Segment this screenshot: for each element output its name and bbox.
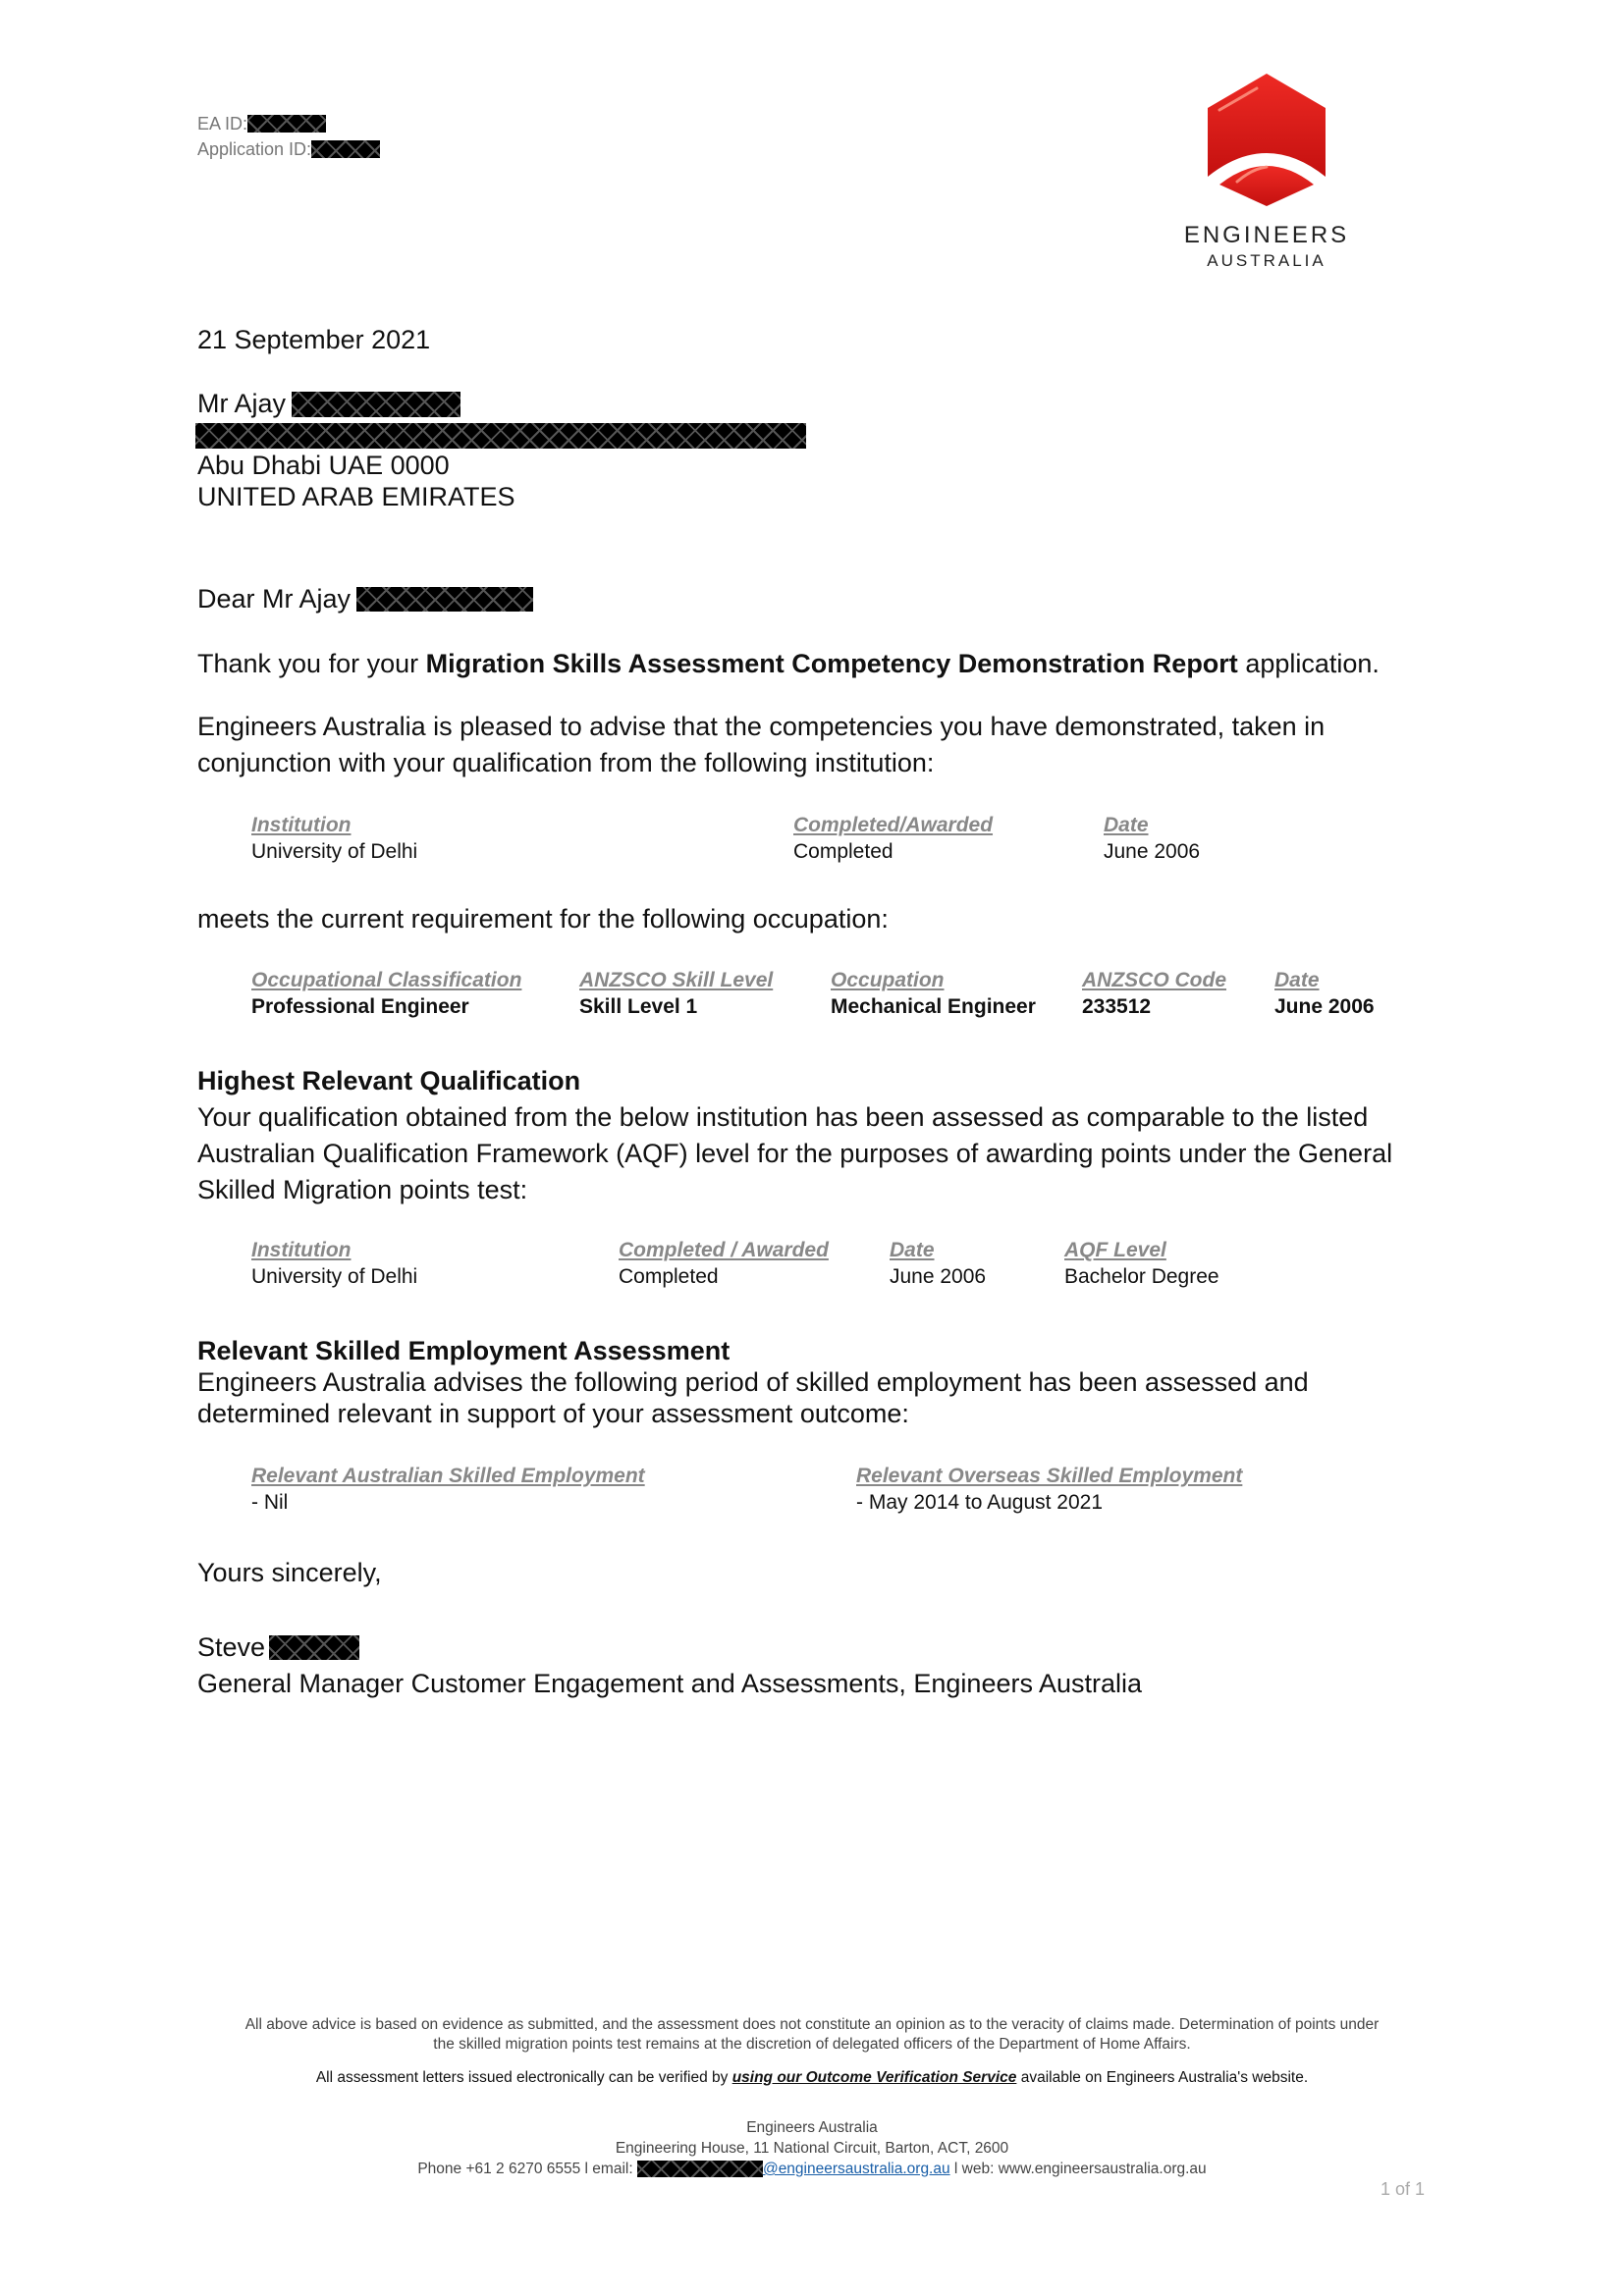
competency-line-1: Engineers Australia is pleased to advise… [197, 709, 1325, 745]
cell-qual-completed: Completed [619, 1263, 829, 1290]
header-occupation: Occupation [831, 967, 1036, 993]
qualification-title: Highest Relevant Qualification [197, 1063, 1392, 1099]
cell-date: June 2006 [1104, 838, 1200, 865]
cell-occupation: Mechanical Engineer [831, 993, 1036, 1020]
footer-address: Engineering House, 11 National Circuit, … [0, 2138, 1624, 2159]
qualification-line-3: Skilled Migration points test: [197, 1172, 1392, 1208]
institution-table: Institution University of Delhi Complete… [251, 812, 1430, 871]
disclaimer-line-2: the skilled migration points test remain… [0, 2035, 1624, 2055]
cell-occupational-classification: Professional Engineer [251, 993, 521, 1020]
qualification-section: Highest Relevant Qualification Your qual… [197, 1063, 1392, 1208]
signatory-title: General Manager Customer Engagement and … [197, 1666, 1142, 1702]
intro-post: application. [1238, 649, 1380, 678]
verify-pre: All assessment letters issued electronic… [316, 2069, 732, 2086]
cell-occupation-date: June 2006 [1274, 993, 1375, 1020]
recipient-country: UNITED ARAB EMIRATES [197, 481, 806, 512]
header-institution: Institution [251, 812, 417, 838]
verification-note: All assessment letters issued electronic… [0, 2068, 1624, 2088]
hexagon-logo-icon [1198, 69, 1335, 211]
logo-text-engineers: ENGINEERS [1168, 222, 1365, 249]
header-qual-institution: Institution [251, 1237, 417, 1263]
id-block: EA ID: Application ID: [197, 111, 380, 162]
outcome-verification-link[interactable]: using our Outcome Verification Service [732, 2069, 1017, 2086]
redacted-email-user [637, 2161, 763, 2177]
competency-line-2: conjunction with your qualification from… [197, 745, 1325, 781]
header-qual-date: Date [890, 1237, 986, 1263]
occupation-table: Occupational Classification Professional… [251, 967, 1430, 1026]
header-aqf-level: AQF Level [1064, 1237, 1219, 1263]
recipient-block: Mr Ajay Abu Dhabi UAE 0000 UNITED ARAB E… [197, 386, 806, 512]
header-occupation-date: Date [1274, 967, 1375, 993]
engineers-australia-logo: ENGINEERS AUSTRALIA [1168, 69, 1365, 271]
cell-qual-date: June 2006 [890, 1263, 986, 1290]
footer-org-name: Engineers Australia [0, 2117, 1624, 2138]
disclaimer-line-1: All above advice is based on evidence as… [0, 2015, 1624, 2035]
occupation-intro: meets the current requirement for the fo… [197, 901, 889, 937]
page-indicator: 1 of 1 [1380, 2179, 1425, 2200]
redacted-salutation-surname [356, 587, 533, 612]
redacted-address-line [195, 423, 806, 449]
recipient-name: Mr Ajay [197, 386, 286, 422]
intro-pre: Thank you for your [197, 649, 426, 678]
application-id-label: Application ID: [197, 136, 311, 162]
footer-phone: Phone +61 2 6270 6555 l email: [417, 2159, 637, 2179]
header-completed: Completed/Awarded [793, 812, 993, 838]
redacted-ea-id [247, 115, 326, 133]
footer-web: l web: www.engineersaustralia.org.au [950, 2159, 1207, 2179]
header-date: Date [1104, 812, 1200, 838]
logo-text-australia: AUSTRALIA [1168, 251, 1365, 271]
letter-date: 21 September 2021 [197, 322, 430, 358]
cell-aqf-level: Bachelor Degree [1064, 1263, 1219, 1290]
signature-block: Steve General Manager Customer Engagemen… [197, 1629, 1142, 1702]
cell-anzsco-code: 233512 [1082, 993, 1226, 1020]
redacted-surname [292, 392, 460, 417]
application-type: Migration Skills Assessment Competency D… [426, 649, 1238, 678]
cell-skill-level: Skill Level 1 [579, 993, 773, 1020]
header-anzsco-code: ANZSCO Code [1082, 967, 1226, 993]
salutation: Dear Mr Ajay [197, 581, 533, 617]
competency-paragraph: Engineers Australia is pleased to advise… [197, 709, 1325, 781]
verify-post: available on Engineers Australia's websi… [1016, 2069, 1308, 2086]
cell-qual-institution: University of Delhi [251, 1263, 417, 1290]
qualification-table: Institution University of Delhi Complete… [251, 1237, 1430, 1296]
employment-section: Relevant Skilled Employment Assessment E… [197, 1335, 1309, 1429]
cell-australian-employment: - Nil [251, 1489, 645, 1516]
redacted-signatory-surname [269, 1635, 359, 1660]
intro-paragraph: Thank you for your Migration Skills Asse… [197, 646, 1380, 682]
recipient-city: Abu Dhabi UAE 0000 [197, 450, 806, 481]
qualification-line-2: Australian Qualification Framework (AQF)… [197, 1136, 1392, 1172]
cell-institution: University of Delhi [251, 838, 417, 865]
signatory-name: Steve [197, 1629, 265, 1666]
footer-contact-line: Phone +61 2 6270 6555 l email: @engineer… [0, 2159, 1624, 2179]
employment-line-2: determined relevant in support of your a… [197, 1398, 1309, 1429]
header-australian-employment: Relevant Australian Skilled Employment [251, 1463, 645, 1489]
ea-id-label: EA ID: [197, 111, 247, 136]
disclaimer: All above advice is based on evidence as… [0, 2015, 1624, 2055]
closing: Yours sincerely, [197, 1555, 382, 1591]
header-occupational-classification: Occupational Classification [251, 967, 521, 993]
footer-contact: Engineers Australia Engineering House, 1… [0, 2117, 1624, 2179]
header-overseas-employment: Relevant Overseas Skilled Employment [856, 1463, 1242, 1489]
email-link[interactable]: @engineersaustralia.org.au [763, 2159, 950, 2179]
cell-completed: Completed [793, 838, 993, 865]
cell-overseas-employment: - May 2014 to August 2021 [856, 1489, 1242, 1516]
header-skill-level: ANZSCO Skill Level [579, 967, 773, 993]
employment-title: Relevant Skilled Employment Assessment [197, 1335, 1309, 1366]
salutation-text: Dear Mr Ajay [197, 581, 351, 617]
header-qual-completed: Completed / Awarded [619, 1237, 829, 1263]
employment-line-1: Engineers Australia advises the followin… [197, 1366, 1309, 1398]
redacted-application-id [311, 140, 380, 158]
qualification-line-1: Your qualification obtained from the bel… [197, 1099, 1392, 1136]
employment-table: Relevant Australian Skilled Employment -… [251, 1463, 1430, 1522]
